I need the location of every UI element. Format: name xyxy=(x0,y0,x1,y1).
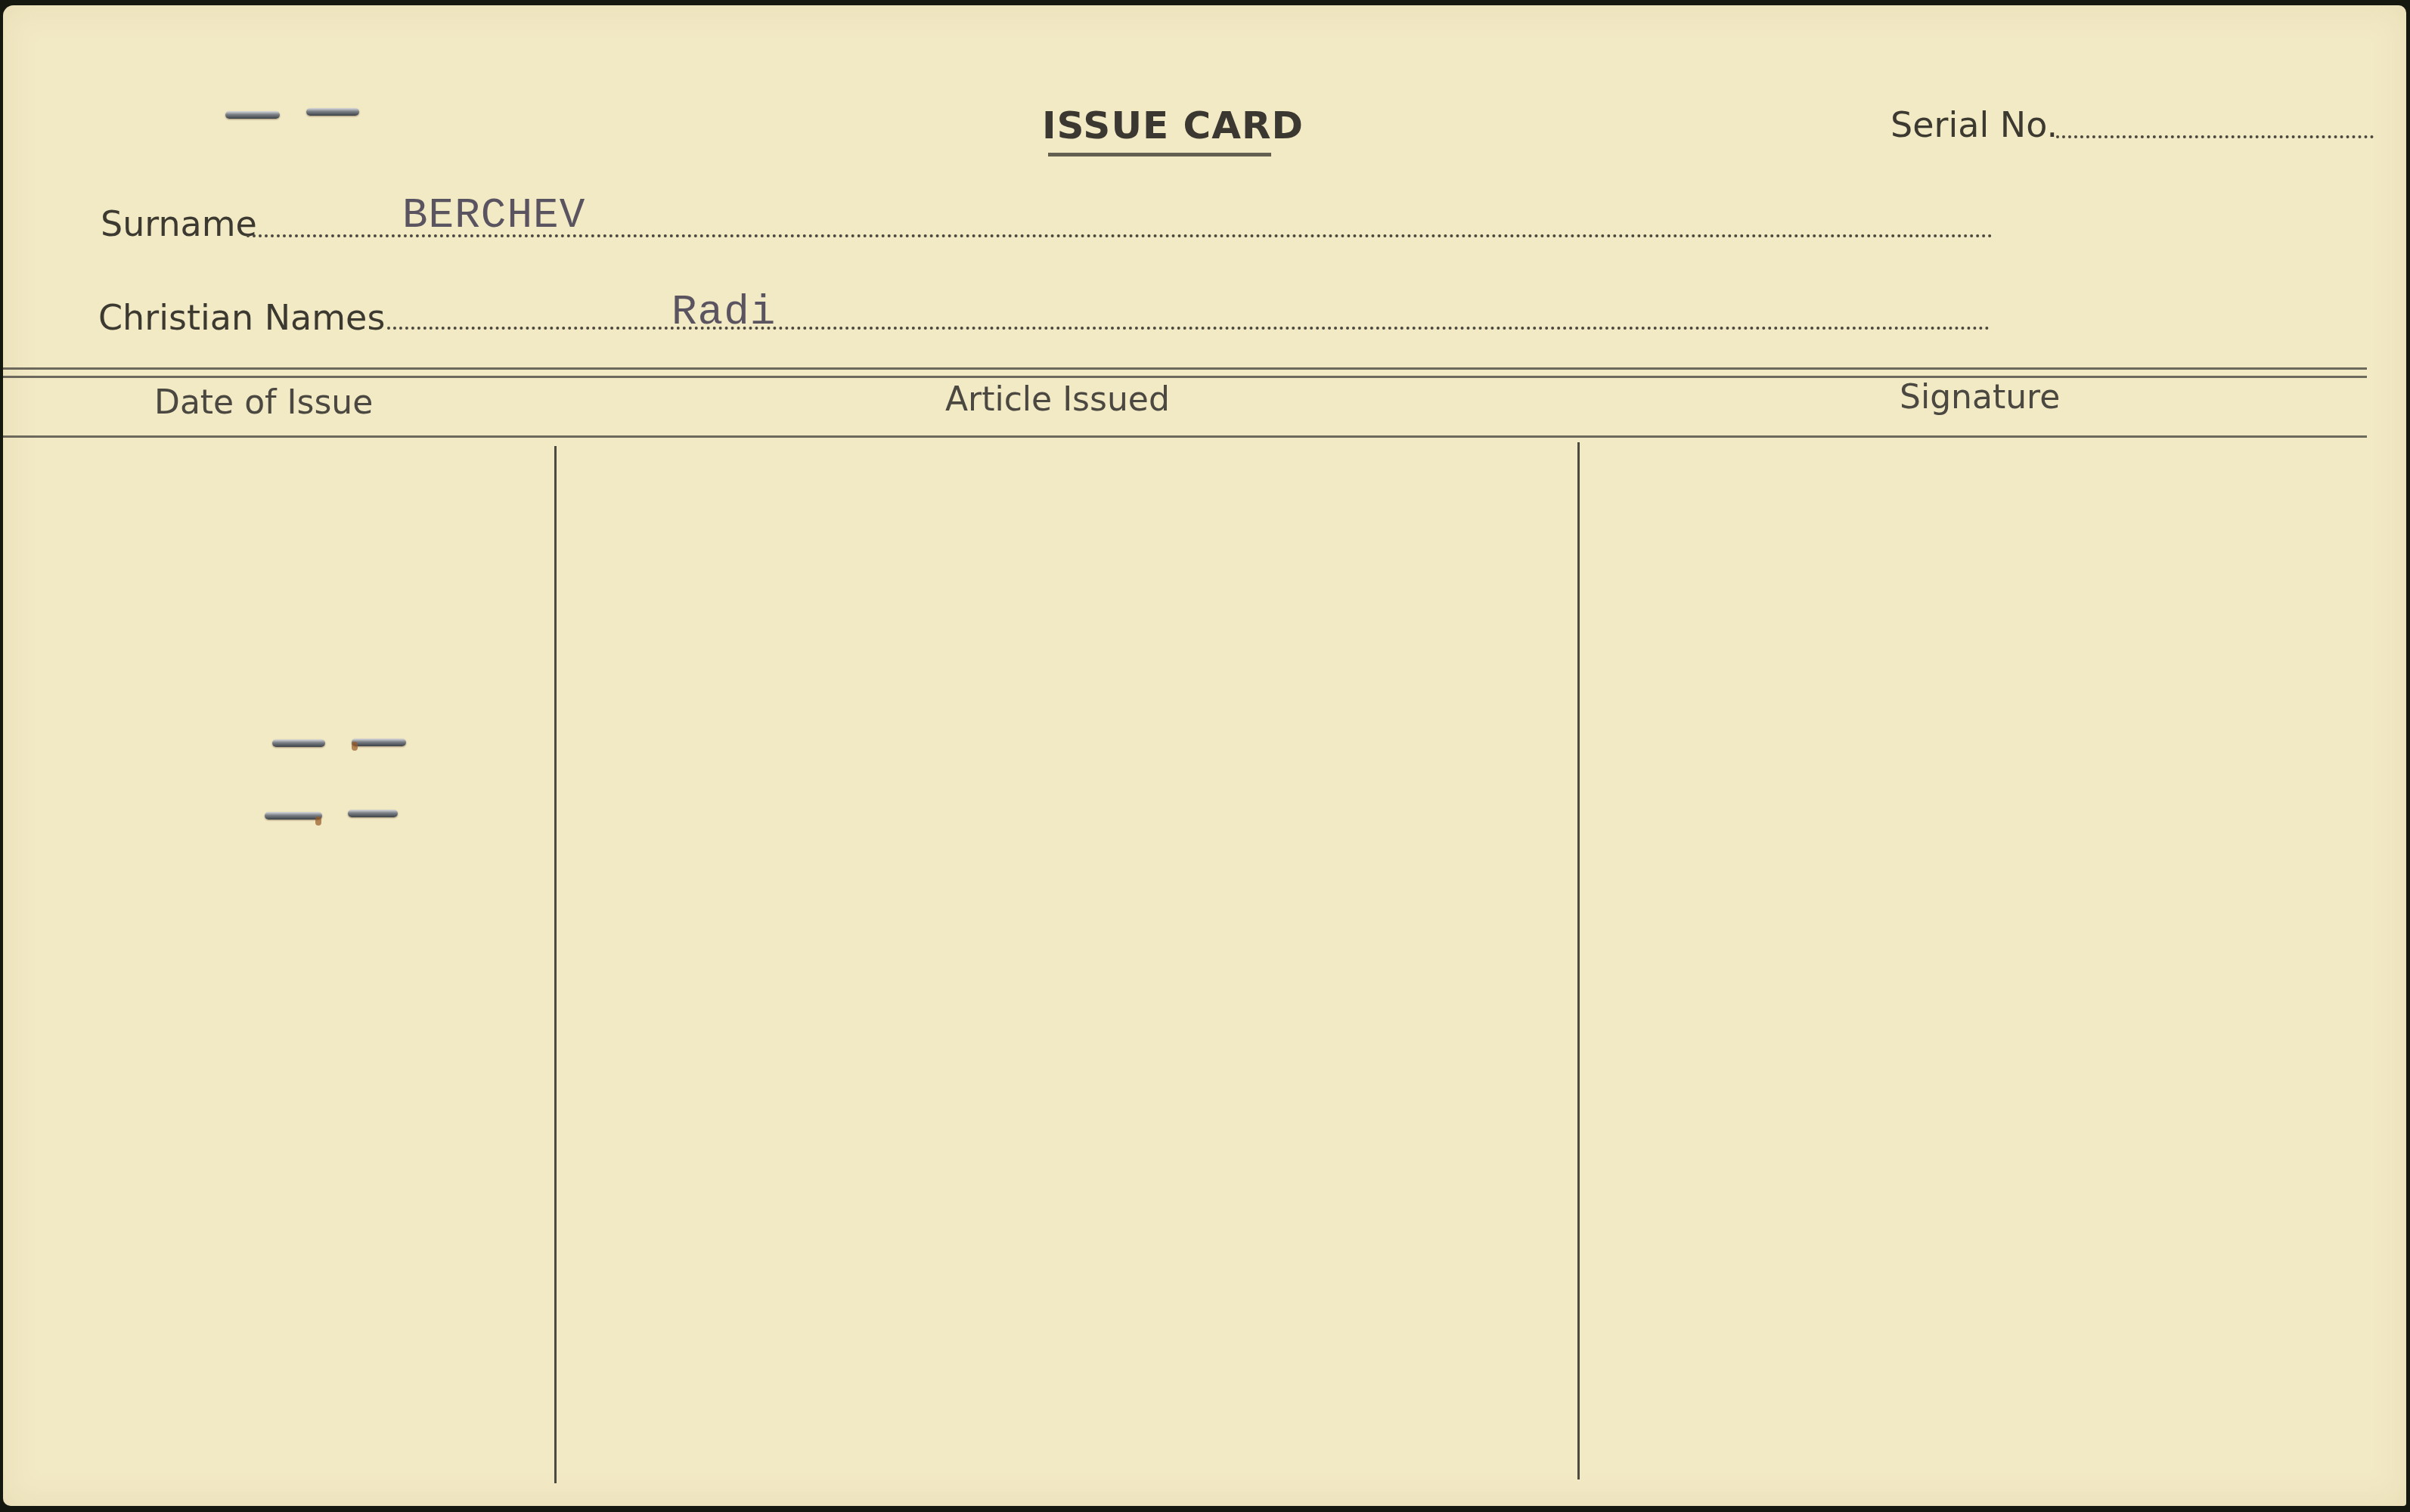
staple-icon xyxy=(306,108,359,116)
article-issued-column[interactable] xyxy=(557,446,1577,1483)
surname-value: BERCHEV xyxy=(402,194,585,237)
rust-stain xyxy=(315,816,321,826)
staple-icon xyxy=(348,810,398,817)
card-title: ISSUE CARD xyxy=(1042,107,1304,144)
column-header-article-issued: Article Issued xyxy=(945,383,1170,417)
staple-icon xyxy=(265,812,322,820)
issue-card: ISSUE CARD Serial No. Surname BERCHEV Ch… xyxy=(3,5,2406,1506)
signature-column[interactable] xyxy=(1580,442,2404,1483)
date-of-issue-column[interactable] xyxy=(3,446,554,1483)
christian-names-label: Christian Names xyxy=(98,300,385,335)
column-header-rule xyxy=(3,435,2367,438)
staple-icon xyxy=(352,739,406,746)
rust-stain xyxy=(352,742,358,751)
column-header-date-of-issue: Date of Issue xyxy=(154,386,373,420)
surname-label: Surname xyxy=(101,206,257,241)
staple-icon xyxy=(225,111,280,119)
header-rule-top xyxy=(3,367,2367,370)
serial-number-label: Serial No. xyxy=(1890,107,2058,142)
serial-number-field[interactable] xyxy=(2056,135,2374,138)
staple-icon xyxy=(272,739,325,747)
column-header-signature: Signature xyxy=(1900,381,2060,414)
title-underline xyxy=(1048,153,1271,156)
christian-names-field[interactable] xyxy=(387,327,1990,330)
christian-names-value: Radi xyxy=(672,291,776,333)
